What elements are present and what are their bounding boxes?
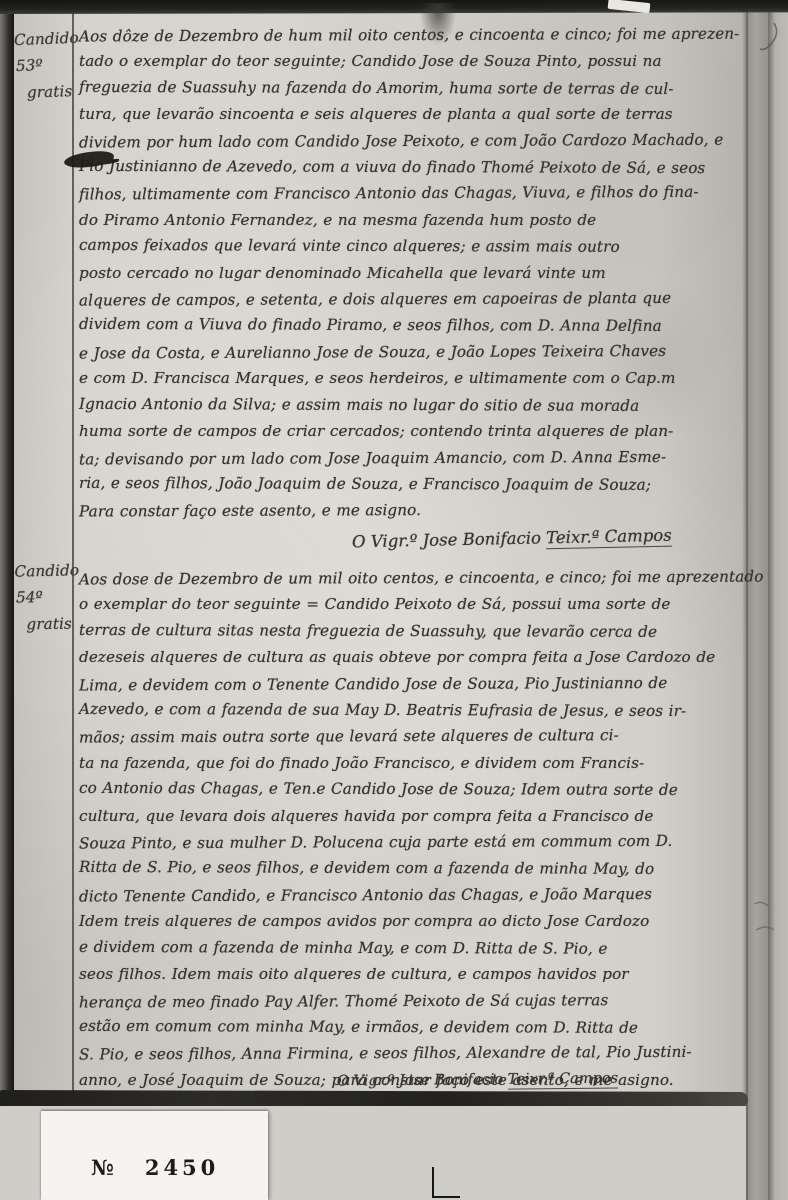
manuscript-line: filhos, ultimamente com Francisco Antoni… <box>79 179 745 208</box>
manuscript-line: Souza Pinto, e sua mulher D. Polucena cu… <box>79 828 745 857</box>
manuscript-line: tado o exemplar do teor seguinte; Candid… <box>79 48 745 74</box>
margin-note-entry-2: Candido54ºgratis <box>14 557 73 637</box>
manuscript-line: estão em comum com minha May, e irmãos, … <box>79 1013 745 1042</box>
manuscript-line: campos feixados que levará vinte cinco a… <box>79 232 745 261</box>
manuscript-line: Candido <box>14 557 73 585</box>
manuscript-line: co Antonio das Chagas, e Ten.e Candido J… <box>79 775 745 804</box>
manuscript-line: 54º <box>16 584 73 611</box>
numero-sign: № <box>91 1155 115 1180</box>
manuscript-line: Idem treis alqueres de campos avidos por… <box>79 908 745 934</box>
archive-number-text: №2450 <box>91 1155 219 1180</box>
manuscript-line: huma sorte de campos de criar cercados; … <box>79 418 745 444</box>
margin-note-entry-1: Candido53ºgratis <box>14 25 75 106</box>
manuscript-line: e Jose da Costa, e Aurelianno Jose de So… <box>79 337 745 366</box>
signature-name: Teixr.ª Campos <box>546 526 672 550</box>
signature-name: Teixr.ª Campos <box>508 1071 619 1090</box>
manuscript-line: dezeseis alqueres de cultura as quais ob… <box>79 644 745 670</box>
manuscript-line: posto cercado no lugar denominado Micahe… <box>79 260 745 286</box>
manuscript-line: terras de cultura sitas nesta freguezia … <box>79 617 745 646</box>
manuscript-line: 53º <box>16 51 74 79</box>
manuscript-line: dividem por hum lado com Candido Jose Pe… <box>79 126 745 155</box>
manuscript-line: alqueres de campos, e setenta, e dois al… <box>79 285 745 314</box>
manuscript-line: dividem com a Viuva do finado Piramo, e … <box>79 311 745 340</box>
manuscript-line: Lima, e devidem com o Tenente Candido Jo… <box>79 669 745 698</box>
manuscript-line: Candido <box>14 25 73 54</box>
manuscript-line: herança de meo finado Pay Alfer. Thomé P… <box>79 986 745 1015</box>
adjacent-page-edge-1 <box>746 0 768 1200</box>
manuscript-entry-2: Aos dose de Dezembro de um mil oito cent… <box>79 565 745 1093</box>
stray-pen-mark <box>750 896 780 946</box>
archive-number-value: 2450 <box>145 1155 219 1180</box>
manuscript-line: ta; devisando por um lado com Jose Joaqu… <box>79 443 745 472</box>
manuscript-line: dicto Tenente Candido, e Francisco Anton… <box>79 880 745 909</box>
manuscript-line: e com D. Francisca Marques, e seos herde… <box>79 365 745 391</box>
signature-prefix: O Vigr.º Jose Bonifacio <box>352 528 547 551</box>
priest-signature-2: O Vigr.º Jose Bonifacio Teixr.ª Campos <box>337 1071 618 1090</box>
manuscript-line: gratis <box>26 610 73 637</box>
margin-rule-line <box>72 13 74 1091</box>
corner-registration-mark <box>432 1167 460 1198</box>
manuscript-line: cultura, que levara dois alqueres havida… <box>79 803 745 829</box>
manuscript-line: o exemplar do teor seguinte = Candido Pe… <box>79 591 745 617</box>
archive-number-label: №2450 <box>41 1111 268 1200</box>
manuscript-line: Para constar faço este asento, e me asig… <box>79 496 745 525</box>
manuscript-line: Aos dôze de Dezembro de hum mil oito cen… <box>79 21 745 50</box>
manuscript-line: e dividem com a fazenda de minha May, e … <box>79 934 745 963</box>
manuscript-line: S. Pio, e seos filhos, Anna Firmina, e s… <box>79 1039 745 1068</box>
manuscript-line: Ritta de S. Pio, e seos filhos, e devide… <box>79 854 745 883</box>
manuscript-line: Ignacio Antonio da Silva; e assim mais n… <box>79 391 745 420</box>
manuscript-line: mãos; assim mais outra sorte que levará … <box>79 722 745 751</box>
signature-prefix: O Vigr.º Jose Bonifacio <box>337 1072 508 1090</box>
manuscript-line: Pio Justinianno de Azevedo, com a viuva … <box>79 153 745 182</box>
stray-pen-mark <box>756 20 782 62</box>
manuscript-line: gratis <box>27 78 75 106</box>
scanned-manuscript-page: Candido53ºgratis Candido54ºgratis Aos dô… <box>0 0 788 1200</box>
manuscript-line: tura, que levarão sincoenta e seis alque… <box>79 101 745 127</box>
manuscript-line: seos filhos. Idem mais oito alqueres de … <box>79 961 745 987</box>
adjacent-page-edge-2 <box>768 0 788 1200</box>
book-binding-edge <box>0 0 14 1200</box>
manuscript-line: ria, e seos filhos, João Joaquim de Souz… <box>79 470 745 499</box>
manuscript-line: do Piramo Antonio Fernandez, e na mesma … <box>79 207 745 233</box>
manuscript-line: freguezia de Suassuhy na fazenda do Amor… <box>79 74 745 103</box>
manuscript-line: Aos dose de Dezembro de um mil oito cent… <box>79 564 745 593</box>
manuscript-line: Azevedo, e com a fazenda de sua May D. B… <box>79 696 745 725</box>
page-top-dark-edge <box>0 0 788 14</box>
manuscript-entry-1: Aos dôze de Dezembro de hum mil oito cen… <box>79 22 745 524</box>
manuscript-line: ta na fazenda, que foi do finado João Fr… <box>79 750 745 776</box>
